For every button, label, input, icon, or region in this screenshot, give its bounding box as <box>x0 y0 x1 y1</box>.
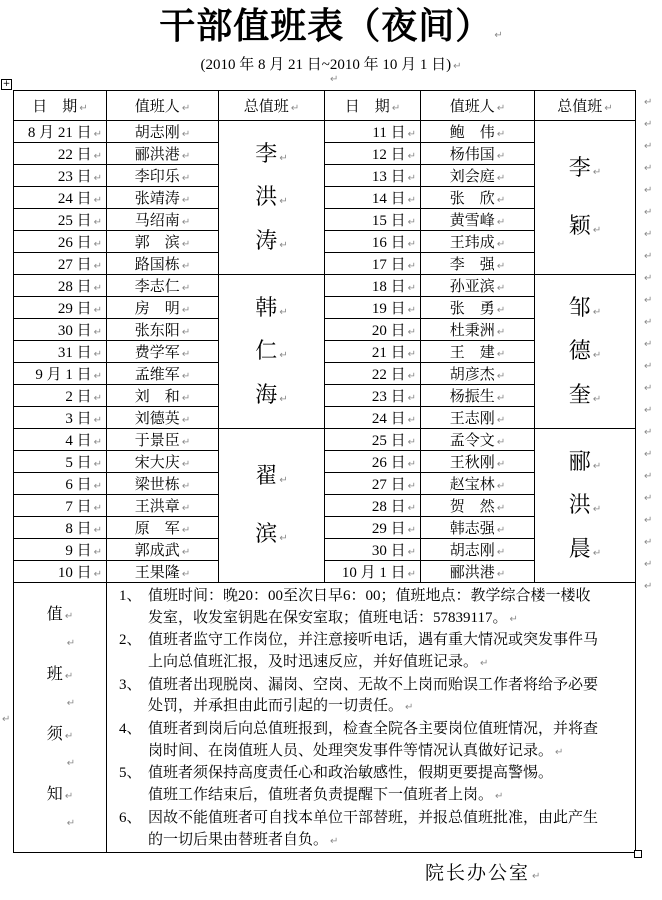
general-duty-char: 奎 <box>569 383 601 407</box>
notes-label-char: 值 <box>47 606 73 624</box>
general-duty-cell-right-1[interactable]: 邹德奎 <box>535 274 636 428</box>
note-item[interactable]: 3、值班者出现脱岗、漏岗、空岗、无故不上岗而贻误工作者将给予必要 处罚，并承担由… <box>119 675 631 719</box>
date-cell-right[interactable]: 14 日 <box>325 186 421 208</box>
note-text: 值班时间：晚20：00至次日早6：00；值班地点：教学综合楼一楼收 发室，收发室… <box>148 586 631 630</box>
person-cell-left[interactable]: 张东阳 <box>107 318 219 340</box>
date-cell-left[interactable]: 27 日 <box>14 252 107 274</box>
person-cell-right[interactable]: 杨振生 <box>421 384 535 406</box>
note-item[interactable]: 1、值班时间：晚20：00至次日早6：00；值班地点：教学综合楼一楼收 发室，收… <box>119 586 631 630</box>
date-cell-left[interactable]: 3 日 <box>14 406 107 428</box>
notes-row: 值↵班↵须↵知↵ 1、值班时间：晚20：00至次日早6：00；值班地点：教学综合… <box>14 582 636 852</box>
notes-content-cell[interactable]: 1、值班时间：晚20：00至次日早6：00；值班地点：教学综合楼一楼收 发室，收… <box>107 582 636 852</box>
paragraph-mark-icon: ↵ <box>2 714 10 725</box>
note-number: 5、 <box>119 763 148 807</box>
person-cell-right[interactable]: 黄雪峰 <box>421 208 535 230</box>
paragraph-mark-icon: ↵ <box>638 356 658 378</box>
date-cell-left[interactable]: 26 日 <box>14 230 107 252</box>
general-duty-char: 李 <box>569 156 601 180</box>
date-cell-right[interactable]: 10 月 1 日 <box>325 560 421 582</box>
table-resize-handle-icon[interactable] <box>634 850 642 858</box>
person-cell-left[interactable]: 房 明 <box>107 296 219 318</box>
date-cell-left[interactable]: 9 日 <box>14 538 107 560</box>
note-text: 值班者出现脱岗、漏岗、空岗、无故不上岗而贻误工作者将给予必要 处罚，并承担由此而… <box>148 675 631 719</box>
person-cell-left[interactable]: 原 军 <box>107 516 219 538</box>
date-cell-right[interactable]: 18 日 <box>325 274 421 296</box>
date-cell-right[interactable]: 26 日 <box>325 450 421 472</box>
note-number: 1、 <box>119 586 148 630</box>
person-cell-left[interactable]: 王洪章 <box>107 494 219 516</box>
paragraph-mark-icon: ↵ <box>638 312 658 334</box>
person-cell-left[interactable]: 李志仁 <box>107 274 219 296</box>
paragraph-mark-icon: ↵ <box>638 554 658 576</box>
general-duty-char: 颖 <box>569 214 601 238</box>
note-number: 6、 <box>119 808 148 852</box>
paragraph-mark-icon: ↵ <box>638 510 658 532</box>
col-header-date-right: 日 期 <box>325 90 421 120</box>
paragraph-mark-icon: ↵ <box>638 224 658 246</box>
date-cell-left[interactable]: 7 日 <box>14 494 107 516</box>
person-cell-right[interactable]: 王玮成 <box>421 230 535 252</box>
date-cell-left[interactable]: 31 日 <box>14 340 107 362</box>
general-duty-cell-left-0[interactable]: 李洪涛 <box>219 120 325 274</box>
date-cell-right[interactable]: 17 日 <box>325 252 421 274</box>
notes-label-char: 班 <box>47 666 73 684</box>
person-cell-right[interactable]: 孟令文 <box>421 428 535 450</box>
duty-table-wrap: + 日 期 值班人 总值班 日 期 值班人 总值班 8 月 21 日胡志刚李洪涛… <box>13 90 635 853</box>
general-duty-cell-right-0[interactable]: 李颖 <box>535 120 636 274</box>
col-header-date-left: 日 期 <box>14 90 107 120</box>
person-cell-right[interactable]: 鲍 伟 <box>421 120 535 142</box>
date-cell-left[interactable]: 2 日 <box>14 384 107 406</box>
date-cell-right[interactable]: 30 日 <box>325 538 421 560</box>
paragraph-mark-icon: ↵ <box>638 114 658 136</box>
person-cell-right[interactable]: 韩志强 <box>421 516 535 538</box>
note-item[interactable]: 6、因故不能值班者可自找本单位干部替班，并报总值班批准，由此产生 的一切后果由替… <box>119 808 631 852</box>
person-cell-left[interactable]: 路国栋 <box>107 252 219 274</box>
general-duty-char: 德 <box>569 339 601 363</box>
general-duty-char: 仁 <box>255 339 287 363</box>
notes-label-char: 须 <box>47 726 73 744</box>
date-cell-left[interactable]: 29 日 <box>14 296 107 318</box>
page-title[interactable]: 干部值班表（夜间） <box>0 0 662 50</box>
person-cell-right[interactable]: 胡志刚 <box>421 538 535 560</box>
person-cell-left[interactable]: 胡志刚 <box>107 120 219 142</box>
person-cell-right[interactable]: 贺 然 <box>421 494 535 516</box>
general-duty-cell-left-2[interactable]: 翟滨 <box>219 428 325 582</box>
general-duty-name: 李颖 <box>535 122 635 272</box>
date-cell-left[interactable]: 9 月 1 日 <box>14 362 107 384</box>
paragraph-mark-icon: ↵ <box>638 466 658 488</box>
date-cell-left[interactable]: 6 日 <box>14 472 107 494</box>
date-cell-right[interactable]: 11 日 <box>325 120 421 142</box>
general-duty-name: 翟滨 <box>219 430 324 580</box>
general-duty-char: 郦 <box>569 450 601 474</box>
person-cell-right[interactable]: 王 建 <box>421 340 535 362</box>
date-cell-left[interactable]: 24 日 <box>14 186 107 208</box>
general-duty-char: 翟 <box>255 464 287 488</box>
date-range-subtitle[interactable]: (2010 年 8 月 21 日~2010 年 10 月 1 日) <box>0 53 662 74</box>
paragraph-mark-icon: ↵ <box>330 74 338 85</box>
paragraph-mark-icon: ↵ <box>638 202 658 224</box>
general-duty-char: 滨 <box>255 522 287 546</box>
note-item[interactable]: 5、值班者须保持高度责任心和政治敏感性，假期更要提高警惕。 值班工作结束后，值班… <box>119 763 631 807</box>
general-duty-name: 韩仁海 <box>219 276 324 426</box>
note-text: 因故不能值班者可自找本单位干部替班，并报总值班批准，由此产生 的一切后果由替班者… <box>148 808 631 852</box>
person-cell-right[interactable]: 赵宝林 <box>421 472 535 494</box>
person-cell-right[interactable]: 杜秉洲 <box>421 318 535 340</box>
date-cell-right[interactable]: 25 日 <box>325 428 421 450</box>
person-cell-right[interactable]: 孙亚滨 <box>421 274 535 296</box>
person-cell-right[interactable]: 刘会庭 <box>421 164 535 186</box>
person-cell-right[interactable]: 郦洪港 <box>421 560 535 582</box>
person-cell-left[interactable]: 于景臣 <box>107 428 219 450</box>
general-duty-name: 郦洪晨 <box>535 430 635 580</box>
person-cell-right[interactable]: 王秋刚 <box>421 450 535 472</box>
paragraph-mark-icon: ↵ <box>638 246 658 268</box>
general-duty-char: 晨 <box>569 537 601 561</box>
paragraph-mark-icon: ↵ <box>638 378 658 400</box>
date-cell-left[interactable]: 5 日 <box>14 450 107 472</box>
date-cell-right[interactable]: 12 日 <box>325 142 421 164</box>
date-cell-right[interactable]: 22 日 <box>325 362 421 384</box>
general-duty-char: 海 <box>255 383 287 407</box>
person-cell-left[interactable]: 郭 滨 <box>107 230 219 252</box>
date-cell-right[interactable]: 20 日 <box>325 318 421 340</box>
note-text: 值班者须保持高度责任心和政治敏感性，假期更要提高警惕。 值班工作结束后，值班者负… <box>148 763 631 807</box>
person-cell-left[interactable]: 马绍南 <box>107 208 219 230</box>
paragraph-mark-icon: ↵ <box>638 444 658 466</box>
paragraph-mark-icon: ↵ <box>638 532 658 554</box>
header-row: 日 期 值班人 总值班 日 期 值班人 总值班 <box>14 90 636 120</box>
person-cell-right[interactable]: 胡彦杰 <box>421 362 535 384</box>
paragraph-mark-icon: ↵ <box>638 488 658 510</box>
person-cell-left[interactable]: 刘 和 <box>107 384 219 406</box>
note-number: 4、 <box>119 719 148 763</box>
paragraph-mark-icon: ↵ <box>638 334 658 356</box>
paragraph-mark-icon: ↵ <box>67 759 75 769</box>
table-move-handle-icon[interactable]: + <box>1 79 12 90</box>
note-number: 2、 <box>119 630 148 674</box>
paragraph-mark-icon: ↵ <box>67 699 75 709</box>
general-duty-char: 涛 <box>255 229 287 253</box>
general-duty-name: 邹德奎 <box>535 276 635 426</box>
date-cell-left[interactable]: 22 日 <box>14 142 107 164</box>
general-duty-name: 李洪涛 <box>219 122 324 272</box>
table-row: 8 月 21 日胡志刚李洪涛11 日鲍 伟李颖 <box>14 120 636 142</box>
col-header-general-left: 总值班 <box>219 90 325 120</box>
general-duty-char: 洪 <box>255 185 287 209</box>
general-duty-char: 邹 <box>569 296 601 320</box>
date-cell-right[interactable]: 16 日 <box>325 230 421 252</box>
person-cell-left[interactable]: 李印乐 <box>107 164 219 186</box>
date-cell-left[interactable]: 28 日 <box>14 274 107 296</box>
general-duty-cell-right-2[interactable]: 郦洪晨 <box>535 428 636 582</box>
paragraph-mark-icon: ↵ <box>67 819 75 829</box>
paragraph-mark-icon: ↵ <box>638 180 658 202</box>
paragraph-mark-icon: ↵ <box>638 576 658 598</box>
date-cell-left[interactable]: 8 日 <box>14 516 107 538</box>
date-cell-left[interactable]: 8 月 21 日 <box>14 120 107 142</box>
person-cell-left[interactable]: 王果隆 <box>107 560 219 582</box>
col-header-person-right: 值班人 <box>421 90 535 120</box>
notes-vertical-label: 值↵班↵须↵知↵ <box>14 590 106 846</box>
col-header-general-right: 总值班 <box>535 90 636 120</box>
paragraph-mark-icon: ↵ <box>638 92 658 114</box>
table-row: 4 日于景臣翟滨25 日孟令文郦洪晨 <box>14 428 636 450</box>
duty-table: 日 期 值班人 总值班 日 期 值班人 总值班 8 月 21 日胡志刚李洪涛11… <box>13 90 636 853</box>
date-cell-right[interactable]: 29 日 <box>325 516 421 538</box>
notes-list: 1、值班时间：晚20：00至次日早6：00；值班地点：教学综合楼一楼收 发室，收… <box>119 586 631 852</box>
person-cell-left[interactable]: 郦洪港 <box>107 142 219 164</box>
paragraph-mark-icon: ↵ <box>638 268 658 290</box>
table-row: 28 日李志仁韩仁海18 日孙亚滨邹德奎 <box>14 274 636 296</box>
date-cell-right[interactable]: 23 日 <box>325 384 421 406</box>
date-cell-left[interactable]: 10 日 <box>14 560 107 582</box>
col-header-person-left: 值班人 <box>107 90 219 120</box>
date-cell-left[interactable]: 25 日 <box>14 208 107 230</box>
date-cell-right[interactable]: 21 日 <box>325 340 421 362</box>
date-cell-right[interactable]: 13 日 <box>325 164 421 186</box>
person-cell-left[interactable]: 张靖涛 <box>107 186 219 208</box>
date-cell-right[interactable]: 27 日 <box>325 472 421 494</box>
general-duty-cell-left-1[interactable]: 韩仁海 <box>219 274 325 428</box>
general-duty-char: 韩 <box>255 296 287 320</box>
note-item[interactable]: 4、值班者到岗后向总值班报到，检查全院各主要岗位值班情况，并将查 岗时间、在岗值… <box>119 719 631 763</box>
note-text: 值班者到岗后向总值班报到，检查全院各主要岗位值班情况，并将查 岗时间、在岗值班人… <box>148 719 631 763</box>
paragraph-mark-icon: ↵ <box>638 400 658 422</box>
person-cell-left[interactable]: 梁世栋 <box>107 472 219 494</box>
note-text: 值班者监守工作岗位，并注意接听电话，遇有重大情况或突发事件马 上向总值班汇报，及… <box>148 630 631 674</box>
date-cell-left[interactable]: 4 日 <box>14 428 107 450</box>
notes-label-cell: 值↵班↵须↵知↵ <box>14 582 107 852</box>
general-duty-char: 洪 <box>569 493 601 517</box>
date-cell-right[interactable]: 15 日 <box>325 208 421 230</box>
paragraph-mark-icon: ↵ <box>638 290 658 312</box>
date-cell-right[interactable]: 24 日 <box>325 406 421 428</box>
person-cell-right[interactable]: 张 欣 <box>421 186 535 208</box>
margin-paragraph-marks: ↵↵↵↵↵↵↵↵↵↵↵↵↵↵↵↵↵↵↵↵↵↵↵ <box>638 92 658 598</box>
person-cell-left[interactable]: 孟维军 <box>107 362 219 384</box>
date-cell-left[interactable]: 30 日 <box>14 318 107 340</box>
person-cell-left[interactable]: 刘德英 <box>107 406 219 428</box>
person-cell-left[interactable]: 郭成武 <box>107 538 219 560</box>
person-cell-right[interactable]: 李 强 <box>421 252 535 274</box>
signature-office[interactable]: 院长办公室 <box>425 858 540 885</box>
paragraph-mark-icon: ↵ <box>67 639 75 649</box>
paragraph-mark-icon: ↵ <box>638 158 658 180</box>
note-number: 3、 <box>119 675 148 719</box>
paragraph-mark-icon: ↵ <box>638 136 658 158</box>
person-cell-right[interactable]: 王志刚 <box>421 406 535 428</box>
person-cell-left[interactable]: 费学军 <box>107 340 219 362</box>
paragraph-mark-icon: ↵ <box>638 422 658 444</box>
person-cell-left[interactable]: 宋大庆 <box>107 450 219 472</box>
person-cell-right[interactable]: 张 勇 <box>421 296 535 318</box>
date-cell-left[interactable]: 23 日 <box>14 164 107 186</box>
person-cell-right[interactable]: 杨伟国 <box>421 142 535 164</box>
notes-label-char: 知 <box>47 786 73 804</box>
general-duty-char: 李 <box>255 142 287 166</box>
date-cell-right[interactable]: 19 日 <box>325 296 421 318</box>
note-item[interactable]: 2、值班者监守工作岗位，并注意接听电话，遇有重大情况或突发事件马 上向总值班汇报… <box>119 630 631 674</box>
date-cell-right[interactable]: 28 日 <box>325 494 421 516</box>
